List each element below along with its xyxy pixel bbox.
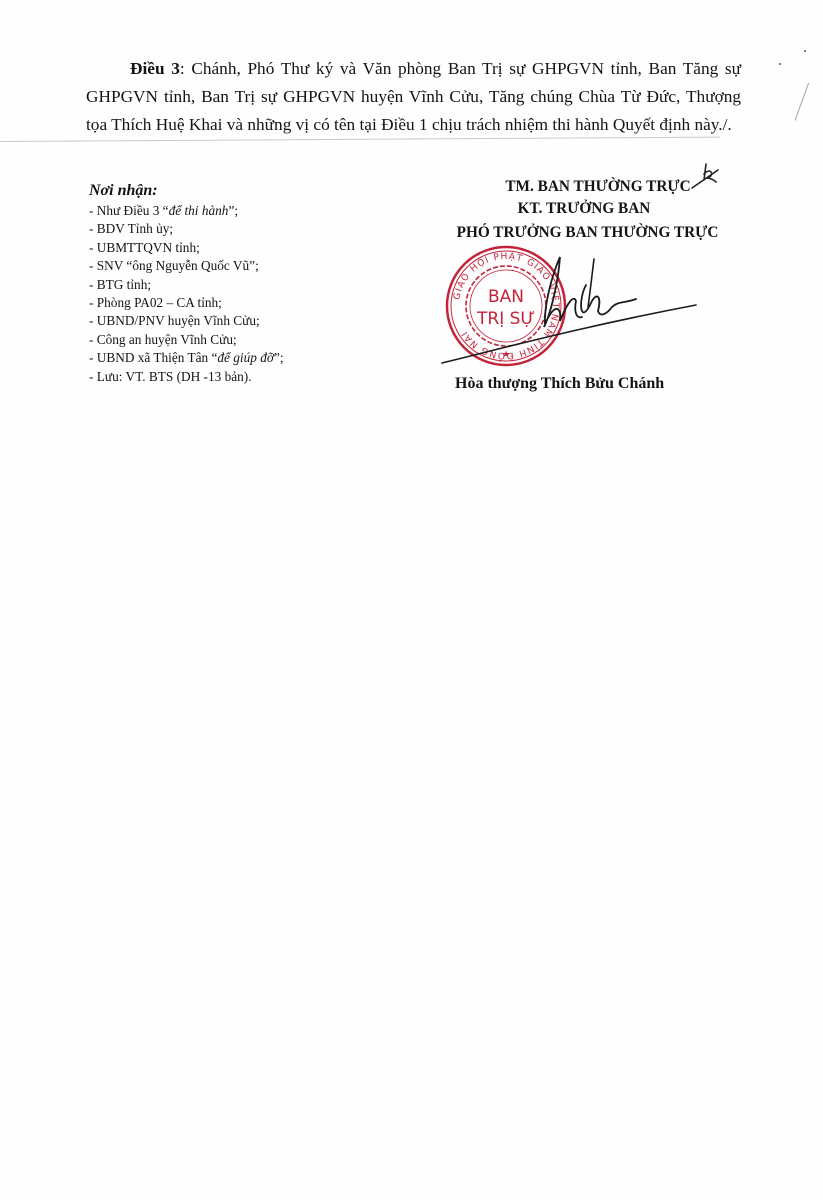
recipients-block: Nơi nhận: - Như Điều 3 “để thi hành”;- B… xyxy=(89,181,419,386)
recipient-item: - Như Điều 3 “để thi hành”; xyxy=(89,202,419,220)
recipient-item: - Phòng PA02 – CA tỉnh; xyxy=(89,294,419,312)
recipient-item: - SNV “ông Nguyễn Quốc Vũ”; xyxy=(89,257,419,275)
scan-speck xyxy=(804,50,806,52)
recipient-note: để thi hành xyxy=(169,203,229,218)
article-label: Điều 3 xyxy=(130,59,180,78)
recipient-item: - UBND xã Thiện Tân “để giúp đỡ”; xyxy=(89,349,419,367)
signature-line-2: KT. TRƯỞNG BAN xyxy=(454,199,714,219)
recipient-item: - BDV Tỉnh ủy; xyxy=(89,220,419,238)
recipient-note: để giúp đỡ xyxy=(217,350,274,365)
recipient-item: - UBND/PNV huyện Vĩnh Cửu; xyxy=(89,312,419,330)
signature-line-3: PHÓ TRƯỞNG BAN THƯỜNG TRỰC xyxy=(420,223,755,243)
recipient-item: - Lưu: VT. BTS (DH -13 bản). xyxy=(89,368,419,386)
initial-mark-icon xyxy=(688,160,724,192)
recipient-item: - UBMTTQVN tỉnh; xyxy=(89,239,419,257)
fold-crease xyxy=(795,83,810,121)
signer-name: Hòa thượng Thích Bửu Chánh xyxy=(455,374,664,394)
recipients-list: - Như Điều 3 “để thi hành”;- BDV Tỉnh ủy… xyxy=(89,202,419,386)
handwritten-signature-icon xyxy=(440,245,700,375)
document-page: Điều 3: Chánh, Phó Thư ký và Văn phòng B… xyxy=(0,0,823,1200)
recipient-item: - Công an huyện Vĩnh Cửu; xyxy=(89,331,419,349)
recipients-title: Nơi nhận: xyxy=(89,181,419,201)
scan-speck xyxy=(779,63,781,65)
article-text: : Chánh, Phó Thư ký và Văn phòng Ban Trị… xyxy=(86,59,741,134)
article-3-paragraph: Điều 3: Chánh, Phó Thư ký và Văn phòng B… xyxy=(86,55,741,139)
recipient-item: - BTG tỉnh; xyxy=(89,276,419,294)
